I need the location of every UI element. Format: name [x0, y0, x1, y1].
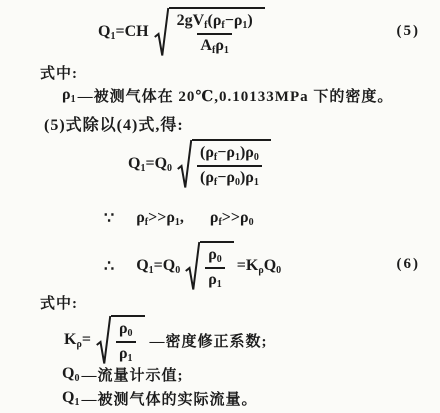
where-clause-2: 式中:	[40, 292, 78, 313]
divide-sentence: (5)式除以(4)式,得:	[44, 112, 184, 135]
fraction-numerator: (ρf−ρ1)ρ0	[197, 144, 262, 165]
formula-6-rhs: =KρQ0	[237, 257, 281, 276]
fraction-denominator: (ρf−ρ0)ρ1	[197, 165, 262, 188]
radical-sign	[185, 241, 200, 291]
fraction-denominator: ρ1	[205, 267, 225, 290]
formula-6-lhs: Q1=Q0	[136, 257, 180, 276]
formula-5: Q1=CH 2gVf(ρf−ρ1) Afρ1	[98, 7, 268, 57]
equation-label-5: (5)	[397, 23, 421, 40]
because-inequality-1: ρf>>ρ1,	[136, 209, 184, 228]
fraction-denominator: Afρ1	[197, 33, 231, 56]
definition-q0-symbol: Q0	[62, 365, 79, 384]
definition-q1-text: —被测气体的实际流量。	[81, 388, 257, 409]
fraction: 2gVf(ρf−ρ1) Afρ1	[174, 12, 256, 56]
where-clause-text: 式中:	[40, 292, 78, 313]
formula-5-lhs: Q1=CH	[98, 23, 149, 42]
radical-sign	[154, 7, 169, 57]
definition-q0: Q0 —流量计示值;	[62, 364, 183, 385]
formula-ratio: Q1=Q0 (ρf−ρ1)ρ0 (ρf−ρ0)ρ1	[128, 139, 274, 189]
definition-kp-sqrt: ρ0 ρ1	[96, 315, 145, 365]
definition-rho1-symbol: ρ1	[62, 86, 76, 105]
fraction-numerator: ρ0	[116, 320, 136, 341]
formula-5-sqrt: 2gVf(ρf−ρ1) Afρ1	[154, 7, 265, 57]
radicand: ρ0 ρ1	[111, 315, 145, 365]
definition-q1-symbol: Q1	[62, 389, 79, 408]
radicand: (ρf−ρ1)ρ0 (ρf−ρ0)ρ1	[192, 139, 271, 189]
fraction-numerator: ρ0	[205, 246, 225, 267]
definition-q0-text: —流量计示值;	[81, 364, 183, 385]
radicand: 2gVf(ρf−ρ1) Afρ1	[169, 7, 265, 57]
fraction: ρ0 ρ1	[116, 320, 136, 364]
because-line: ∵ ρf>>ρ1, ρf>>ρ0	[104, 208, 254, 228]
formula-ratio-sqrt: (ρf−ρ1)ρ0 (ρf−ρ0)ρ1	[177, 139, 271, 189]
definition-q1: Q1 —被测气体的实际流量。	[62, 388, 257, 409]
where-clause-1: 式中:	[40, 62, 78, 83]
formula-ratio-lhs: Q1=Q0	[128, 155, 172, 174]
formula-6-sqrt: ρ0 ρ1	[185, 241, 234, 291]
fraction-denominator: ρ1	[116, 341, 136, 364]
equation-label-6: (6)	[397, 256, 421, 273]
therefore-symbol: ∴	[104, 256, 114, 276]
fraction: (ρf−ρ1)ρ0 (ρf−ρ0)ρ1	[197, 144, 262, 188]
definition-kp-lhs: Kρ=	[64, 331, 91, 350]
divide-sentence-text: (5)式除以(4)式,得:	[44, 112, 184, 135]
definition-kp-text: —密度修正系数;	[150, 330, 268, 351]
document-page: Q1=CH 2gVf(ρf−ρ1) Afρ1 (5) 式中: ρ1 —被测气体在…	[0, 0, 440, 413]
where-clause-text: 式中:	[40, 62, 78, 83]
because-symbol: ∵	[104, 208, 114, 228]
fraction: ρ0 ρ1	[205, 246, 225, 290]
fraction-numerator: 2gVf(ρf−ρ1)	[174, 12, 256, 33]
radicand: ρ0 ρ1	[200, 241, 234, 291]
formula-6: ∴ Q1=Q0 ρ0 ρ1 =KρQ0	[104, 241, 281, 291]
because-inequality-2: ρf>>ρ0	[210, 209, 254, 228]
radical-sign	[177, 139, 192, 189]
definition-rho1-text: —被测气体在 20℃,0.10133MPa 下的密度。	[78, 85, 394, 106]
definition-kp: Kρ= ρ0 ρ1 —密度修正系数;	[64, 315, 268, 365]
radical-sign	[96, 315, 111, 365]
definition-rho1: ρ1 —被测气体在 20℃,0.10133MPa 下的密度。	[62, 85, 393, 106]
